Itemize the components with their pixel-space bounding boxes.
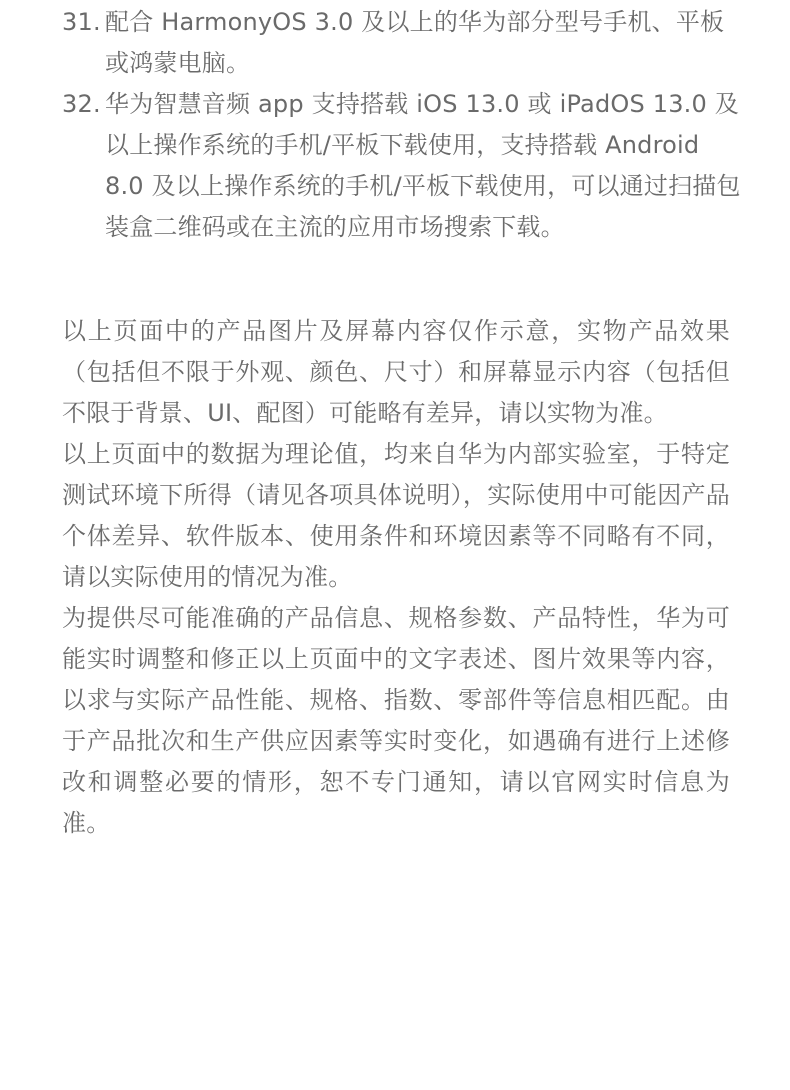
footnote-number: 32. [62, 84, 101, 125]
footnote-31: 31. 配合 HarmonyOS 3.0 及以上的华为部分型号手机、平板或鸿蒙电… [62, 2, 742, 84]
footnote-32: 32. 华为智慧音频 app 支持搭载 iOS 13.0 或 iPadOS 13… [62, 84, 742, 248]
disclaimer-section: 以上页面中的产品图片及屏幕内容仅作示意，实物产品效果（包括但不限于外观、颜色、尺… [62, 311, 730, 844]
footnote-text: 华为智慧音频 app 支持搭载 iOS 13.0 或 iPadOS 13.0 及… [105, 90, 741, 241]
footnote-list: 31. 配合 HarmonyOS 3.0 及以上的华为部分型号手机、平板或鸿蒙电… [62, 2, 742, 248]
disclaimer-paragraph-data: 以上页面中的数据为理论值，均来自华为内部实验室，于特定测试环境下所得（请见各项具… [62, 434, 730, 598]
disclaimer-paragraph-updates: 为提供尽可能准确的产品信息、规格参数、产品特性，华为可能实时调整和修正以上页面中… [62, 598, 730, 844]
footnote-number: 31. [62, 2, 101, 43]
footnote-text: 配合 HarmonyOS 3.0 及以上的华为部分型号手机、平板或鸿蒙电脑。 [105, 8, 724, 77]
disclaimer-paragraph-images: 以上页面中的产品图片及屏幕内容仅作示意，实物产品效果（包括但不限于外观、颜色、尺… [62, 311, 730, 434]
